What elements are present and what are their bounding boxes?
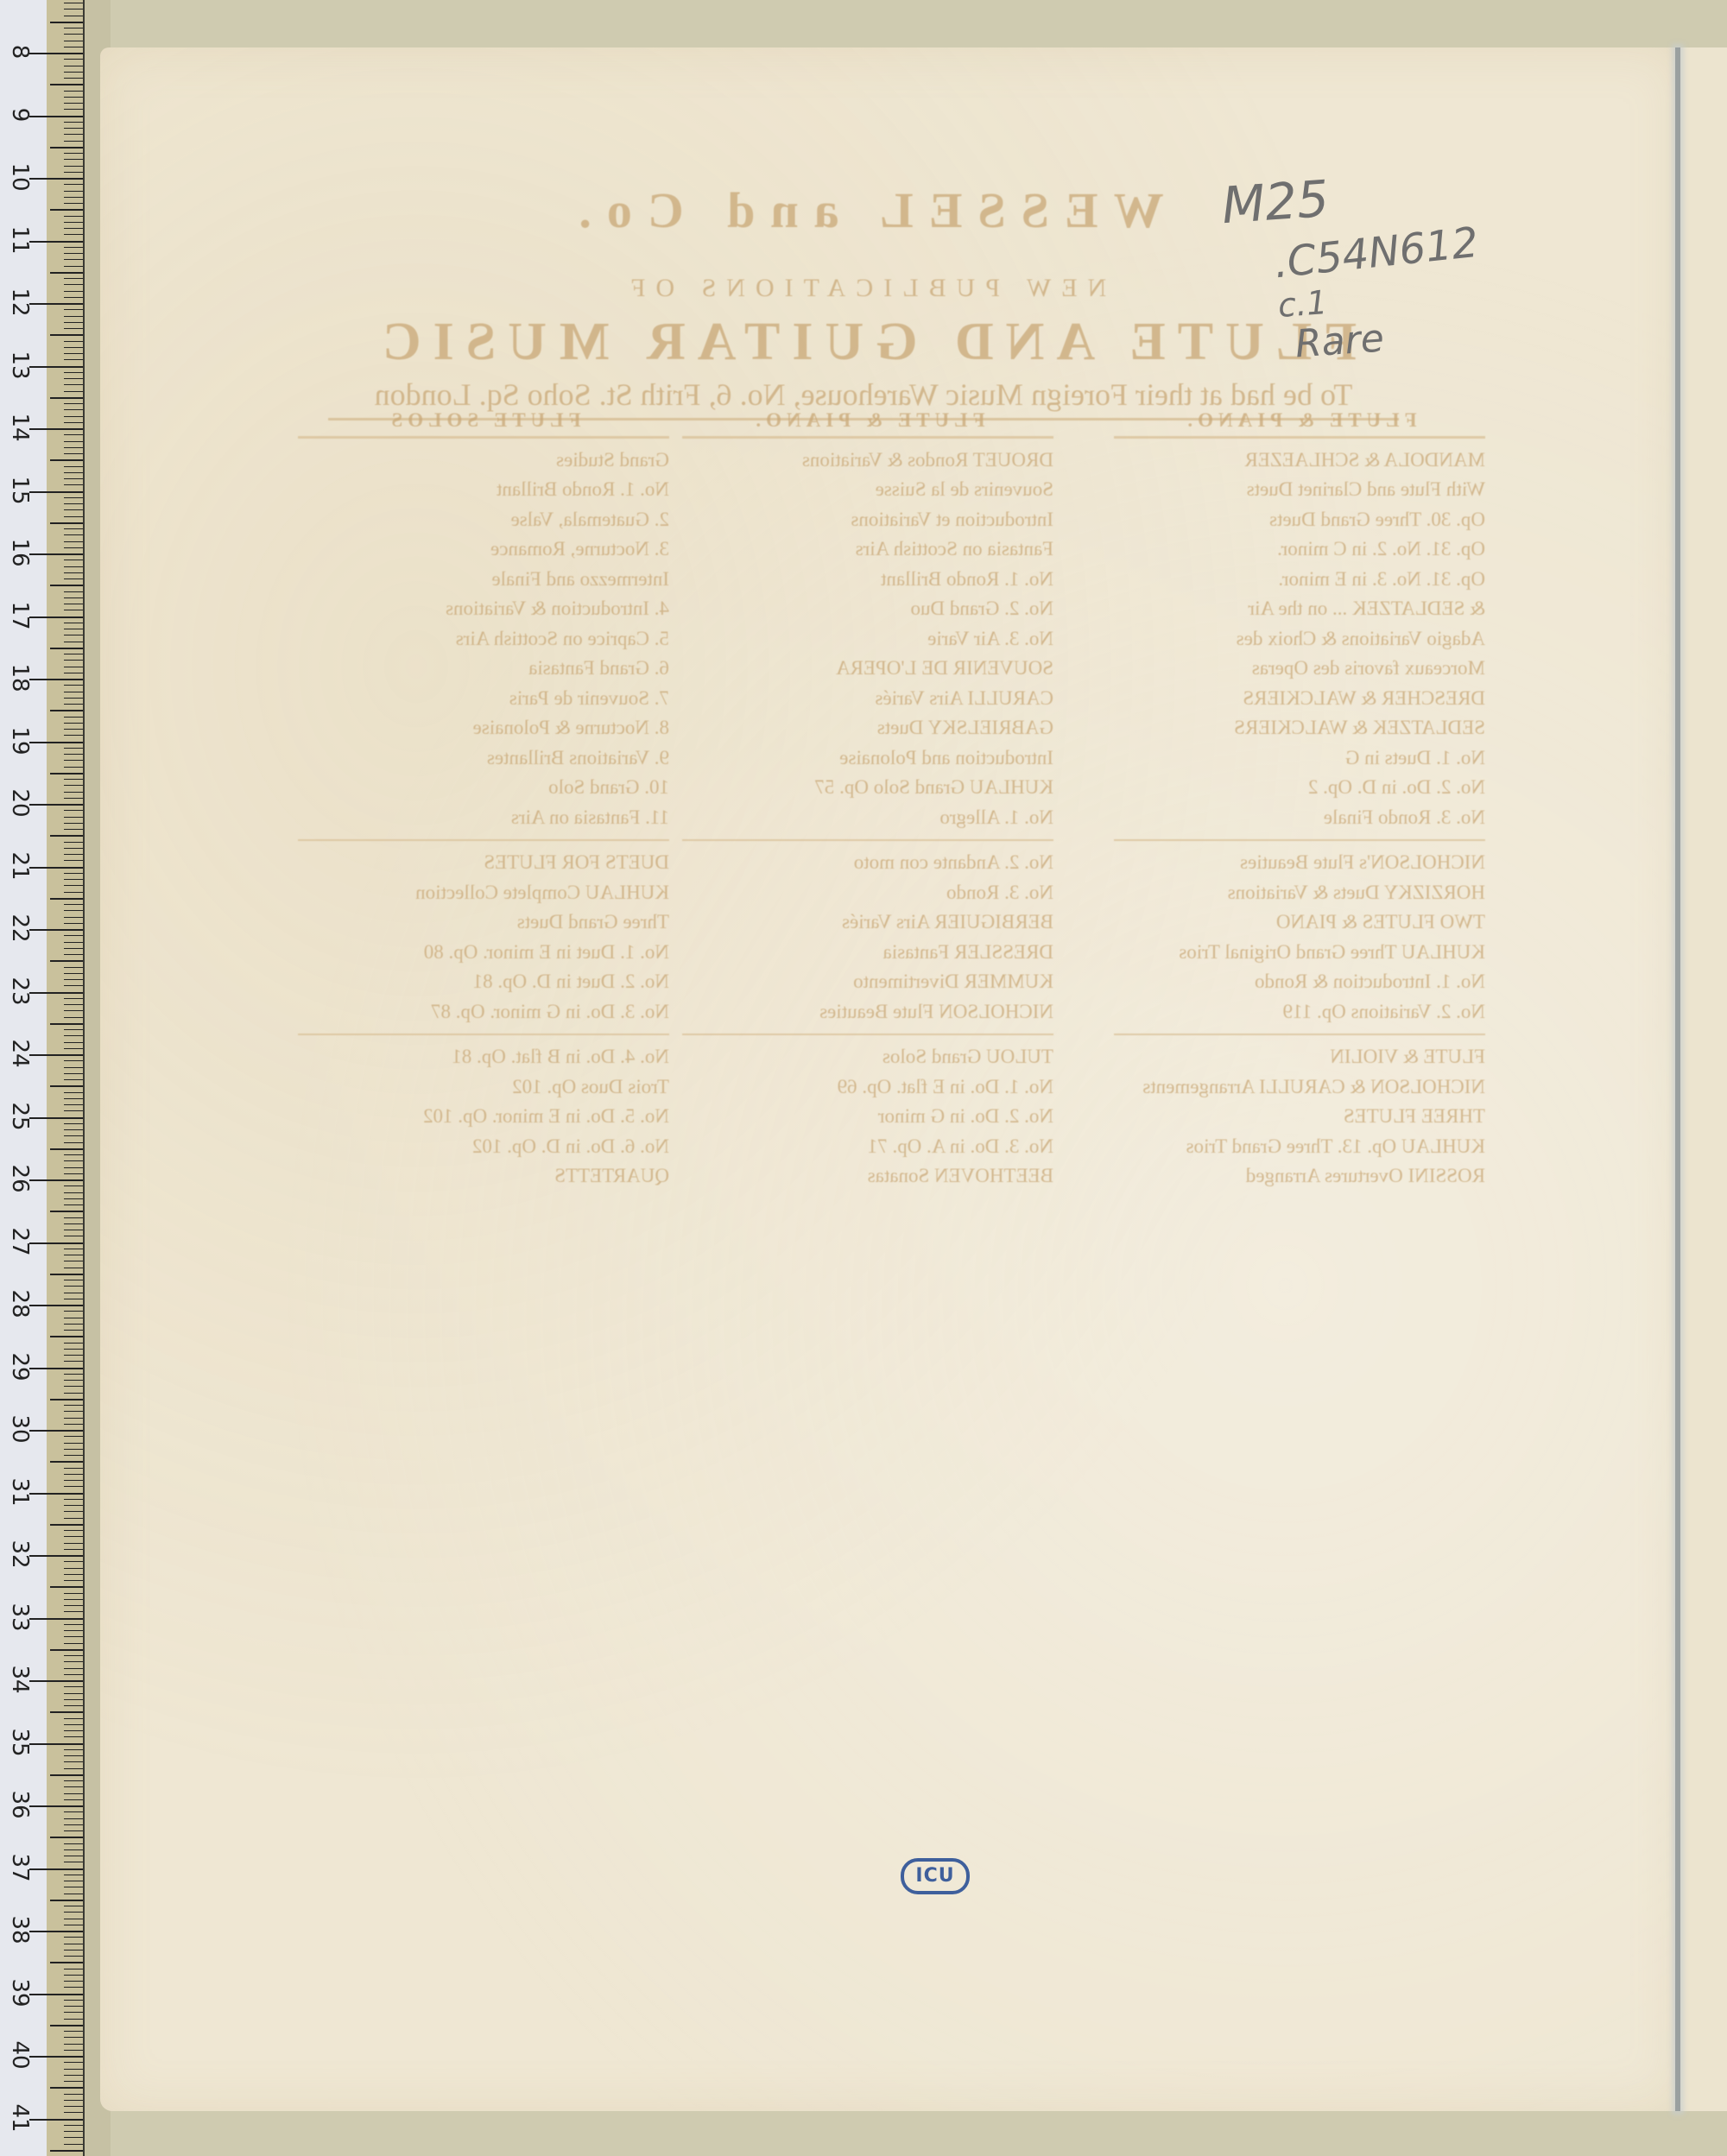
ruler-tick bbox=[64, 717, 83, 718]
catalogue-entry: No. 2. Duet in D. Op. 81 bbox=[298, 967, 669, 997]
ruler-tick bbox=[64, 1204, 83, 1205]
ruler-tick bbox=[64, 1981, 83, 1982]
ruler-tick bbox=[64, 985, 83, 986]
ruler-tick bbox=[64, 1104, 83, 1105]
ruler-tick bbox=[64, 1987, 83, 1988]
ruler-tick bbox=[64, 1655, 83, 1656]
ruler-tick bbox=[64, 328, 83, 329]
ruler-tick bbox=[64, 1480, 83, 1481]
catalogue-entry: 10. Grand Solo bbox=[298, 773, 669, 803]
ruler-tick bbox=[64, 503, 83, 504]
ruler-tick bbox=[64, 41, 83, 41]
ruler-cm-label: 31 bbox=[7, 1477, 33, 1507]
ruler-tick bbox=[64, 247, 83, 248]
ruler-tick bbox=[64, 842, 83, 843]
ruler-tick bbox=[64, 1468, 83, 1469]
ruler-tick bbox=[50, 1649, 83, 1651]
ruler-cm-label: 24 bbox=[7, 1039, 33, 1068]
ruler-tick bbox=[64, 322, 83, 323]
ruler-tick bbox=[50, 585, 83, 586]
column-heading: FLUTE SOLOS bbox=[298, 406, 669, 439]
catalogue-entry: 6. Grand Fantasia bbox=[298, 654, 669, 684]
ruler-tick bbox=[29, 1117, 83, 1119]
ruler-cm-label: 13 bbox=[7, 351, 33, 380]
ruler-tick bbox=[29, 1555, 83, 1557]
ruler-tick bbox=[64, 1906, 83, 1906]
catalogue-entry: Op. 31. No. 3. in E minor. bbox=[1114, 565, 1485, 595]
catalogue-entry: CARULLI Airs Variés bbox=[682, 684, 1053, 714]
ruler-tick bbox=[64, 266, 83, 267]
ruler-tick bbox=[64, 1699, 83, 1700]
ruler-tick bbox=[64, 1343, 83, 1344]
ruler-tick bbox=[64, 1474, 83, 1475]
ruler-tick bbox=[29, 1618, 83, 1620]
ruler-tick bbox=[50, 1148, 83, 1150]
catalogue-entry: & SEDLATZEK ... on the Air bbox=[1114, 594, 1485, 624]
ruler-cm-label: 20 bbox=[7, 788, 33, 818]
ruler-tick bbox=[64, 1173, 83, 1174]
ruler-tick bbox=[64, 128, 83, 129]
ruler-tick bbox=[64, 754, 83, 755]
ruler-tick bbox=[64, 1374, 83, 1375]
catalogue-entry: MANDOLA & SCHLAEZER bbox=[1114, 446, 1485, 476]
ruler-tick bbox=[50, 1774, 83, 1776]
ruler-tick bbox=[64, 2144, 83, 2145]
ruler-tick bbox=[64, 409, 83, 410]
ruler-tick bbox=[64, 2031, 83, 2032]
ruler-tick bbox=[64, 1129, 83, 1130]
ruler-cm-label: 23 bbox=[7, 977, 33, 1006]
catalogue-entry: 5. Caprice on Scottish Airs bbox=[298, 624, 669, 654]
ruler-tick bbox=[64, 28, 83, 28]
ruler-tick bbox=[50, 272, 83, 274]
ruler-tick bbox=[50, 1586, 83, 1588]
ruler-tick bbox=[64, 184, 83, 185]
ruler-tick bbox=[64, 1035, 83, 1036]
ruler-tick bbox=[29, 804, 83, 806]
ruler-tick bbox=[64, 497, 83, 498]
ruler-tick bbox=[29, 1054, 83, 1056]
ruler-tick bbox=[64, 973, 83, 974]
ruler-tick bbox=[64, 1142, 83, 1143]
ruler-tick bbox=[64, 466, 83, 467]
ruler-tick bbox=[50, 2087, 83, 2089]
catalogue-entry: Morceaux favoris des Operas bbox=[1114, 654, 1485, 684]
ruler-tick bbox=[64, 673, 83, 673]
catalogue-entry: No. 3. Do. in A. Op. 71 bbox=[682, 1132, 1053, 1162]
ruler-cm-label: 30 bbox=[7, 1414, 33, 1444]
ruler-tick bbox=[64, 729, 83, 730]
pencil-copy-number: c.1 bbox=[1277, 283, 1329, 325]
ruler-tick bbox=[64, 1443, 83, 1444]
ruler-tick bbox=[64, 785, 83, 786]
catalogue-entry: No. 1. Duets in G bbox=[1114, 743, 1485, 774]
section-rule bbox=[682, 839, 1053, 841]
ruler-tick bbox=[29, 553, 83, 555]
ruler-tick bbox=[64, 2100, 83, 2101]
ruler-tick bbox=[64, 1004, 83, 1005]
ruler-tick bbox=[64, 885, 83, 886]
ruler-tick bbox=[64, 1693, 83, 1694]
catalogue-entry: TULOU Grand Solos bbox=[682, 1042, 1053, 1072]
ruler-tick bbox=[64, 1010, 83, 1011]
ruler-tick bbox=[64, 829, 83, 830]
ruler-tick bbox=[64, 534, 83, 535]
ruler-tick bbox=[64, 422, 83, 423]
catalogue-entry: HORZIZKY Duets & Variations bbox=[1114, 878, 1485, 908]
catalogue-entry: Introduction et Variations bbox=[682, 505, 1053, 535]
catalogue-entry: No. 1. Do. in E flat. Op. 69 bbox=[682, 1072, 1053, 1103]
ruler-tick bbox=[64, 1561, 83, 1562]
ruler-tick bbox=[64, 873, 83, 874]
ruler-tick bbox=[50, 397, 83, 399]
catalogue-entry: DRESCHER & WALCKIERS bbox=[1114, 684, 1485, 714]
ruler-tick bbox=[64, 1574, 83, 1575]
ruler-tick bbox=[50, 334, 83, 336]
ruler-tick bbox=[64, 723, 83, 724]
ruler-tick bbox=[64, 78, 83, 79]
ruler-tick bbox=[64, 134, 83, 135]
ruler-tick bbox=[64, 1393, 83, 1394]
ruler-tick bbox=[64, 47, 83, 47]
catalogue-entry: KUHLAU Grand Solo Op. 57 bbox=[682, 773, 1053, 803]
ruler-tick bbox=[64, 1856, 83, 1856]
ruler-tick bbox=[64, 1249, 83, 1249]
catalogue-entry: No. 2. Andante con moto bbox=[682, 848, 1053, 878]
ruler-tick bbox=[64, 942, 83, 943]
ruler-tick bbox=[64, 1912, 83, 1913]
ruler-tick bbox=[64, 635, 83, 635]
ruler-tick bbox=[64, 284, 83, 285]
ruler-tick bbox=[29, 53, 83, 54]
ruler-tick bbox=[64, 1073, 83, 1074]
catalogue-entry: Fantasia on Scottish Airs bbox=[682, 534, 1053, 565]
ruler-tick bbox=[64, 1499, 83, 1500]
ruler-tick bbox=[64, 191, 83, 192]
ruler-tick bbox=[64, 1198, 83, 1199]
catalogue-entry: Trois Duos Op. 102 bbox=[298, 1072, 669, 1103]
ruler-tick bbox=[64, 935, 83, 936]
catalogue-entry: No. 4. Do. in B flat. Op. 81 bbox=[298, 1042, 669, 1072]
ruler-tick bbox=[64, 1424, 83, 1425]
ruler-tick bbox=[29, 1994, 83, 1995]
section-rule bbox=[1114, 1034, 1485, 1035]
ruler-cm-label: 9 bbox=[7, 100, 33, 130]
ruler-cm-label: 8 bbox=[7, 37, 33, 66]
ruler-tick bbox=[64, 1110, 83, 1111]
ruler-tick bbox=[64, 1674, 83, 1675]
ruler-tick bbox=[50, 1461, 83, 1463]
ruler-tick bbox=[50, 1900, 83, 1901]
ruler-tick bbox=[64, 1875, 83, 1875]
ruler-tick bbox=[64, 892, 83, 893]
catalogue-entry: Adagio Variations & Choix des bbox=[1114, 624, 1485, 654]
ruler-tick bbox=[64, 378, 83, 379]
ruler-tick bbox=[64, 823, 83, 824]
pencil-rare-note: Rare bbox=[1294, 316, 1385, 366]
ruler-tick bbox=[64, 660, 83, 661]
ruler-tick bbox=[64, 1580, 83, 1581]
catalogue-entry: No. 1. Rondo Brillant bbox=[682, 565, 1053, 595]
catalogue-entry: DRESSLER Fantasia bbox=[682, 938, 1053, 968]
ruler-cm-label: 32 bbox=[7, 1540, 33, 1569]
ruler-tick bbox=[64, 1543, 83, 1544]
catalogue-entry: No. 5. Do. in E minor. Op. 102 bbox=[298, 1102, 669, 1132]
ruler-tick bbox=[64, 629, 83, 629]
ruler-tick bbox=[64, 879, 83, 880]
ruler-tick bbox=[64, 2012, 83, 2013]
ruler-tick bbox=[64, 1686, 83, 1687]
ruler-tick bbox=[64, 1123, 83, 1124]
ruler-tick bbox=[64, 1098, 83, 1099]
ruler-tick bbox=[64, 447, 83, 448]
ruler-tick bbox=[29, 1179, 83, 1181]
catalogue-entry: No. 3. Rondo Finale bbox=[1114, 803, 1485, 833]
ruler-tick bbox=[64, 1017, 83, 1018]
ruler-tick bbox=[64, 1286, 83, 1287]
ruler-tick bbox=[64, 1887, 83, 1887]
section-rule bbox=[298, 1034, 669, 1035]
ruler-tick bbox=[64, 1811, 83, 1812]
ruler-tick bbox=[29, 1931, 83, 1932]
ruler-cm-label: 39 bbox=[7, 1978, 33, 2007]
ruler-tick bbox=[50, 522, 83, 524]
catalogue-entry: NICHOLSON's Flute Beauties bbox=[1114, 848, 1485, 878]
ruler-tick bbox=[64, 1969, 83, 1969]
ruler-tick bbox=[64, 748, 83, 749]
ruler-tick bbox=[64, 1386, 83, 1387]
ruler-tick bbox=[64, 1793, 83, 1794]
ruler-tick bbox=[50, 1085, 83, 1087]
ruler-tick bbox=[64, 484, 83, 485]
ruler-cm-label: 36 bbox=[7, 1790, 33, 1819]
ruler-tick bbox=[29, 1493, 83, 1495]
ruler-cm-label: 40 bbox=[7, 2040, 33, 2070]
ruler-tick bbox=[64, 572, 83, 573]
catalogue-entry: No. 1. Introduction & Rondo bbox=[1114, 967, 1485, 997]
ruler-tick bbox=[64, 1349, 83, 1350]
catalogue-entry: DUETS FOR FLUTES bbox=[298, 848, 669, 878]
ruler-tick bbox=[64, 16, 83, 16]
ruler-tick bbox=[64, 848, 83, 849]
ruler-tick bbox=[64, 1411, 83, 1412]
ruler-tick bbox=[64, 1881, 83, 1881]
ruler-tick bbox=[64, 1718, 83, 1719]
ruler-tick bbox=[64, 1975, 83, 1976]
ruler-cm-label: 21 bbox=[7, 851, 33, 881]
ruler-cm-label: 28 bbox=[7, 1289, 33, 1318]
ruler-tick bbox=[64, 967, 83, 968]
ruler-cm-label: 41 bbox=[7, 2103, 33, 2133]
ruler-tick bbox=[64, 1768, 83, 1769]
ruler-tick bbox=[64, 1568, 83, 1569]
catalogue-entry: THREE FLUTES bbox=[1114, 1102, 1485, 1132]
catalogue-entry: 8. Nocturne & Polonaise bbox=[298, 713, 669, 743]
ruler-tick bbox=[64, 316, 83, 317]
ruler-tick bbox=[64, 516, 83, 517]
section-rule bbox=[298, 839, 669, 841]
ruler-tick bbox=[64, 1894, 83, 1894]
ruler-tick bbox=[64, 34, 83, 35]
ruler-tick bbox=[64, 66, 83, 66]
ruler-cm-label: 10 bbox=[7, 162, 33, 192]
ruler-tick bbox=[64, 904, 83, 905]
ruler-tick bbox=[29, 2119, 83, 2121]
ruler-tick bbox=[50, 773, 83, 775]
ruler-tick bbox=[64, 2006, 83, 2007]
catalogue-entry: ROSSINI Overtures Arranged bbox=[1114, 1161, 1485, 1192]
catalogue-entry: Op. 31. No. 2. in C minor. bbox=[1114, 534, 1485, 565]
ruler-tick bbox=[64, 59, 83, 60]
ruler-tick bbox=[64, 1956, 83, 1957]
ruler-tick bbox=[29, 1680, 83, 1682]
catalogue-entry: 11. Fantasia on Airs bbox=[298, 803, 669, 833]
ruler-tick bbox=[64, 3, 83, 3]
ruler-tick bbox=[64, 2000, 83, 2001]
ruler-tick bbox=[64, 1611, 83, 1612]
ruler-tick bbox=[64, 1167, 83, 1168]
ruler-tick bbox=[64, 1418, 83, 1419]
ruler-cm-label: 12 bbox=[7, 288, 33, 317]
ruler-tick bbox=[64, 153, 83, 154]
ruler-tick bbox=[64, 2062, 83, 2063]
ruler-tick bbox=[50, 147, 83, 149]
ruler-tick bbox=[64, 692, 83, 692]
ruler-tick bbox=[64, 2094, 83, 2095]
ruler-tick bbox=[29, 742, 83, 743]
catalogue-entry: KUHLAU Op. 13. Three Grand Trios bbox=[1114, 1132, 1485, 1162]
ruler-tick bbox=[64, 1511, 83, 1512]
catalogue-entry: BEETHOVEN Sonatas bbox=[682, 1161, 1053, 1192]
ruler-tick bbox=[64, 103, 83, 104]
ruler-tick bbox=[64, 1824, 83, 1825]
ruler-tick bbox=[64, 1518, 83, 1519]
catalogue-entry: SEDLATZEK & WALCKIERS bbox=[1114, 713, 1485, 743]
ruler-tick bbox=[29, 616, 83, 618]
ruler-tick bbox=[50, 898, 83, 900]
ruler-tick bbox=[64, 685, 83, 686]
catalogue-entry: NICHOLSON Flute Beauties bbox=[682, 997, 1053, 1027]
ruler-tick bbox=[29, 1242, 83, 1244]
ruler-tick bbox=[64, 979, 83, 980]
ruler-tick bbox=[64, 297, 83, 298]
ruler-tick bbox=[64, 1705, 83, 1706]
ruler-tick bbox=[64, 72, 83, 73]
ruler-tick bbox=[64, 998, 83, 999]
ruler-tick bbox=[64, 923, 83, 924]
ruler-tick bbox=[29, 241, 83, 243]
ruler-tick bbox=[64, 1799, 83, 1800]
ruler-tick bbox=[64, 854, 83, 855]
ruler-tick bbox=[64, 910, 83, 911]
ruler-tick bbox=[64, 253, 83, 254]
ruler-tick bbox=[64, 2112, 83, 2113]
catalogue-entry: SOUVENIR DE L'OPERA bbox=[682, 654, 1053, 684]
ruler-tick bbox=[64, 1185, 83, 1186]
ruler-tick bbox=[64, 1299, 83, 1299]
ruler-tick bbox=[50, 1023, 83, 1025]
ruler-tick bbox=[64, 1361, 83, 1362]
ruler-tick bbox=[64, 1661, 83, 1662]
ruler-tick bbox=[64, 1624, 83, 1625]
ruler-tick bbox=[50, 1211, 83, 1212]
ruler-tick bbox=[29, 1430, 83, 1432]
ruler-tick bbox=[64, 1217, 83, 1218]
ruler-tick bbox=[29, 491, 83, 493]
ruler-tick bbox=[64, 1830, 83, 1831]
ruler-tick bbox=[29, 867, 83, 869]
ruler-cm-label: 11 bbox=[7, 225, 33, 255]
ruler-cm-label: 18 bbox=[7, 663, 33, 692]
ruler-cm-label: 34 bbox=[7, 1665, 33, 1694]
bleed-through-column-2: FLUTE & PIANO. DROUET Rondos & Variation… bbox=[682, 406, 1053, 1192]
ruler-tick bbox=[29, 178, 83, 180]
ruler-tick bbox=[29, 1305, 83, 1306]
ruler-tick bbox=[64, 1944, 83, 1944]
catalogue-entry: 4. Introduction & Variations bbox=[298, 594, 669, 624]
ruler-tick bbox=[64, 1486, 83, 1487]
ruler-tick bbox=[64, 203, 83, 204]
ruler-tick bbox=[64, 347, 83, 348]
ruler-tick bbox=[64, 1042, 83, 1043]
ruler-tick bbox=[64, 1919, 83, 1919]
ruler-tick bbox=[64, 1280, 83, 1280]
catalogue-entry: No. 3. Rondo bbox=[682, 878, 1053, 908]
ruler-tick bbox=[64, 1380, 83, 1381]
ruler-tick bbox=[50, 84, 83, 85]
ruler-tick bbox=[29, 1743, 83, 1745]
ruler-tick bbox=[64, 735, 83, 736]
ruler-tick bbox=[64, 623, 83, 623]
catalogue-entry: KUMMER Divertimento bbox=[682, 967, 1053, 997]
ruler-tick bbox=[64, 1862, 83, 1862]
ruler-tick bbox=[64, 1605, 83, 1606]
ruler-tick bbox=[50, 1837, 83, 1838]
ruler-tick bbox=[64, 2125, 83, 2126]
ruler-tick bbox=[64, 760, 83, 761]
catalogue-entry: Intermezzo and Finale bbox=[298, 565, 669, 595]
ruler-tick bbox=[50, 835, 83, 837]
column-heading: FLUTE & PIANO. bbox=[1114, 406, 1485, 439]
catalogue-entry: 2. Guatemala, Valse bbox=[298, 505, 669, 535]
ruler-tick bbox=[64, 1730, 83, 1731]
ruler-tick bbox=[64, 1255, 83, 1255]
ruler-tick bbox=[64, 391, 83, 392]
ruler-tick bbox=[64, 1630, 83, 1631]
catalogue-entry: Grand Studies bbox=[298, 446, 669, 476]
catalogue-entry: With Flute and Clarinet Duets bbox=[1114, 475, 1485, 505]
ruler-tick bbox=[64, 109, 83, 110]
ruler-tick bbox=[64, 1268, 83, 1268]
ruler-tick bbox=[64, 2044, 83, 2045]
ruler-tick bbox=[29, 116, 83, 117]
measurement-ruler: 8910111213141516171819202122232425262728… bbox=[0, 0, 85, 2156]
ruler-tick bbox=[64, 1223, 83, 1224]
ruler-tick bbox=[64, 1355, 83, 1356]
ruler-tick bbox=[64, 1593, 83, 1594]
ruler-tick bbox=[64, 97, 83, 98]
ruler-tick bbox=[50, 648, 83, 649]
ruler-tick bbox=[29, 2056, 83, 2058]
ruler-tick bbox=[64, 1668, 83, 1669]
ruler-tick bbox=[64, 2069, 83, 2070]
ruler-tick bbox=[64, 547, 83, 548]
ruler-tick bbox=[64, 1318, 83, 1318]
ruler-tick bbox=[64, 1925, 83, 1925]
catalogue-entry: No. 3. Do. in G minor. Op. 87 bbox=[298, 997, 669, 1027]
ruler-tick bbox=[64, 1937, 83, 1938]
ruler-tick bbox=[64, 1236, 83, 1236]
